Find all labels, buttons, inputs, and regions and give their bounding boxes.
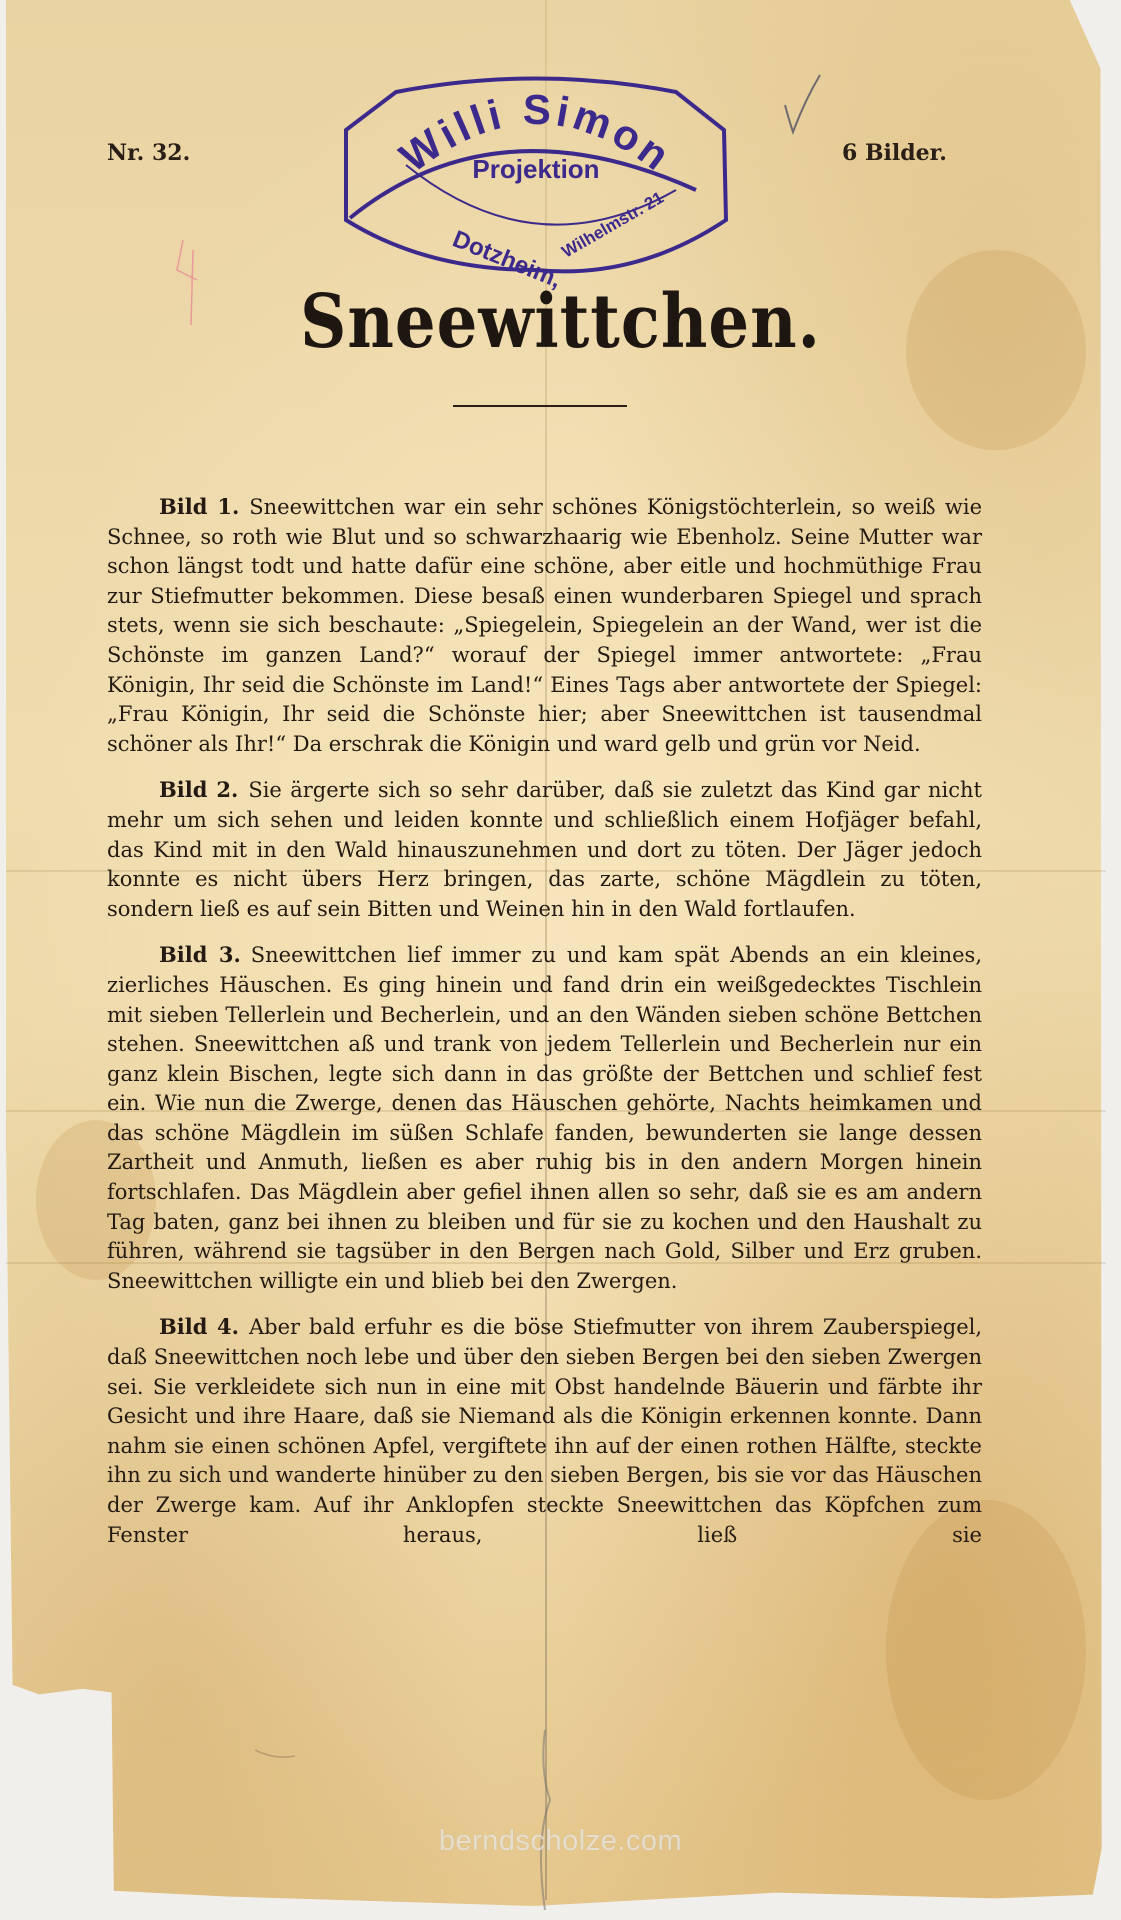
stamp-subtitle: Projektion xyxy=(472,154,599,184)
paragraph-bild-2: Bild 2.Sie ärgerte sich so sehr darüber,… xyxy=(107,775,982,924)
document-title: Sneewittchen. xyxy=(0,279,1121,365)
document-number: Nr. 32. xyxy=(107,140,190,166)
bild-label: Bild 1. xyxy=(159,494,239,519)
watermark: berndscholze.com xyxy=(0,1825,1121,1858)
title-divider xyxy=(453,405,627,407)
paragraph-bild-4: Bild 4.Aber bald erfuhr es die böse Stie… xyxy=(107,1312,982,1550)
story-text: Bild 1.Sneewittchen war ein sehr schönes… xyxy=(107,492,982,1566)
bild-label: Bild 2. xyxy=(159,777,238,802)
ink-stamp: Willi Simon Projektion Dotzheim, Wilhelm… xyxy=(336,70,736,270)
paragraph-bild-1: Bild 1.Sneewittchen war ein sehr schönes… xyxy=(107,492,982,759)
stamp-graphic: Willi Simon Projektion Dotzheim, Wilhelm… xyxy=(336,70,736,270)
checkmark-icon xyxy=(775,70,835,150)
paragraph-text: Aber bald erfuhr es die böse Stiefmutter… xyxy=(107,1315,982,1546)
paragraph-text: Sneewittchen war ein sehr schönes Königs… xyxy=(107,495,982,756)
paper-tear xyxy=(255,1730,915,1910)
paragraph-text: Sneewittchen lief immer zu und kam spät … xyxy=(107,943,982,1293)
bild-label: Bild 4. xyxy=(159,1314,239,1339)
paragraph-text: Sie ärgerte sich so sehr darüber, daß si… xyxy=(107,778,982,920)
bild-label: Bild 3. xyxy=(159,942,241,967)
paragraph-bild-3: Bild 3.Sneewittchen lief immer zu und ka… xyxy=(107,940,982,1296)
picture-count: 6 Bilder. xyxy=(842,140,947,166)
